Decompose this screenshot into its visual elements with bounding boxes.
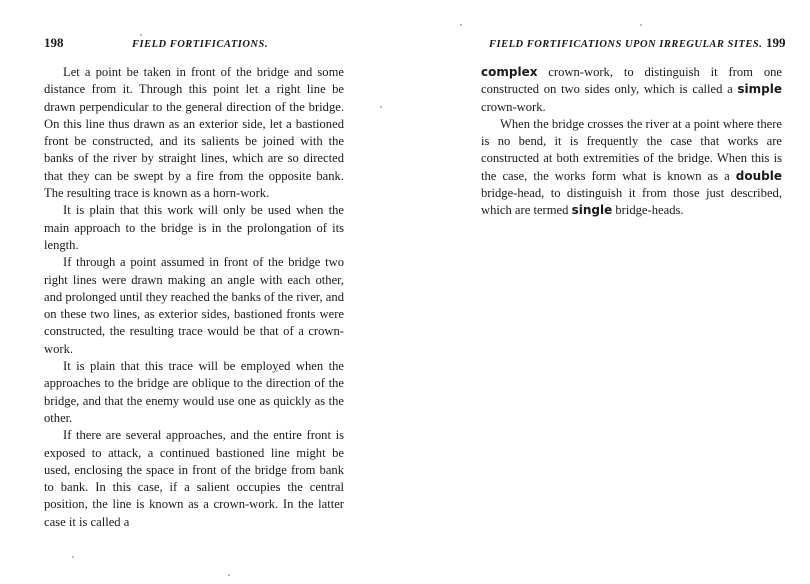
emphasis-term: double	[736, 169, 782, 183]
right-body-text: complex crown-work, to distinguish it fr…	[481, 64, 782, 220]
scan-speck	[380, 106, 382, 108]
paragraph: Let a point be taken in front of the bri…	[44, 64, 344, 202]
paragraph: If through a point assumed in front of t…	[44, 254, 344, 358]
page-number: 199	[766, 35, 786, 50]
scan-speck	[140, 34, 142, 36]
left-running-title: FIELD FORTIFICATIONS.	[132, 36, 268, 52]
running-title: FIELD FORTIFICATIONS UPON IRREGULAR SITE…	[489, 39, 762, 50]
page-number: 198	[44, 35, 64, 50]
paragraph: It is plain that this work will only be …	[44, 202, 344, 254]
scan-speck	[72, 556, 74, 558]
paragraph: It is plain that this trace will be empl…	[44, 358, 344, 427]
right-page-number: 199	[766, 36, 786, 50]
emphasis-term: complex	[481, 65, 537, 79]
scan-speck	[228, 574, 230, 576]
scan-speck	[640, 24, 642, 26]
paragraph: When the bridge crosses the river at a p…	[481, 116, 782, 220]
running-title: FIELD FORTIFICATIONS.	[132, 39, 268, 50]
paragraph: complex crown-work, to distinguish it fr…	[481, 64, 782, 116]
emphasis-term: single	[572, 203, 613, 217]
right-running-title: FIELD FORTIFICATIONS UPON IRREGULAR SITE…	[489, 36, 762, 52]
left-page: 198 FIELD FORTIFICATIONS. Let a point be…	[0, 0, 405, 584]
emphasis-term: simple	[737, 82, 782, 96]
scan-speck	[276, 370, 278, 372]
text-run: crown-work.	[481, 100, 546, 114]
paragraph: If there are several approaches, and the…	[44, 427, 344, 531]
right-page: FIELD FORTIFICATIONS UPON IRREGULAR SITE…	[405, 0, 810, 584]
scan-speck	[460, 24, 462, 26]
left-page-number: 198	[44, 36, 64, 50]
text-run: bridge-heads.	[612, 203, 683, 217]
left-body-text: Let a point be taken in front of the bri…	[44, 64, 344, 531]
